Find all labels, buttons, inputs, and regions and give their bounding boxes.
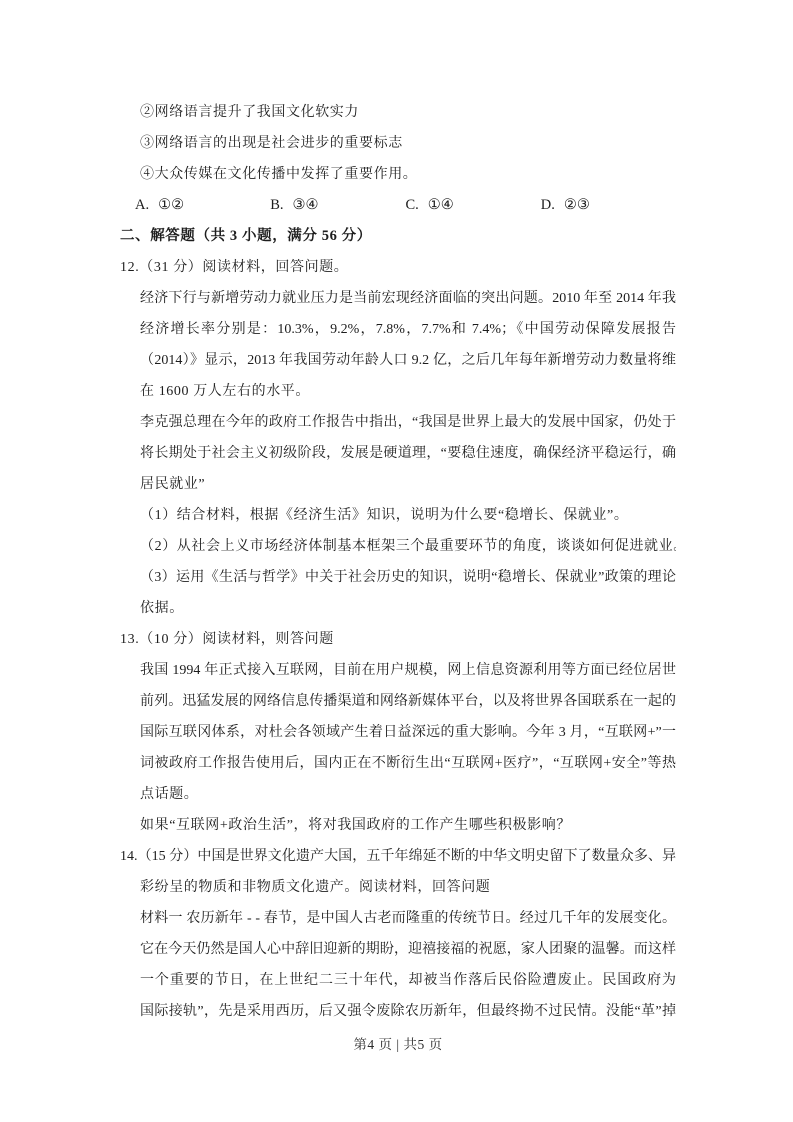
statement-circled-2: ②网络语言提升了我国文化软实力 [140,97,676,128]
text-line: 在 1600 万人左右的水平。 [140,376,676,407]
text-line: 将长期处于社会主义初级阶段，发展是硬道理，“要稳住速度，确保经济平稳运行，确保 [140,438,676,469]
material-1-line: 材料一 农历新年 - - 春节，是中国人古老而隆重的传统节日。经过几千年的发展变… [140,903,676,934]
text-line: （2014）》显示，2013 年我国劳动年龄人口 9.2 亿，之后几年每年新增劳… [140,345,676,376]
text-line: 一个重要的节日，在上世纪二三十年代，却被当作落后民俗险遭废止。民国政府为了“与 [140,965,676,996]
option-c: C. ①④ [406,190,541,221]
text-line: 它在今天仍然是国人心中辞旧迎新的期盼，迎禧接福的祝愿，家人团聚的温馨。而这样 [140,934,676,965]
question-13-sub: 如果“互联网+政治生活”，将对我国政府的工作产生哪些积极影响？ [140,810,676,841]
question-12: 12.（31 分）阅读材料，回答问题。 经济下行与新增劳动力就业压力是当前宏现经… [120,252,676,624]
option-a-value: ①② [158,190,184,221]
question-14: 14.（15 分）中国是世界文化遗产大国，五千年绵延不断的中华文明史留下了数量众… [120,841,676,1027]
page-number-footer: 第4 页 | 共5 页 [120,1033,676,1053]
text-line: 李克强总理在今年的政府工作报告中指出，“我国是世界上最大的发展中国家，仍处于并 [140,407,676,438]
option-d-value: ②③ [564,190,590,221]
text-line: 居民就业” [140,469,676,500]
option-b: B. ③④ [270,190,405,221]
option-c-value: ①④ [428,190,454,221]
question-13: 13.（10 分）阅读材料，则答问题 我国 1994 年正式接入互联网，目前在用… [120,624,676,841]
text-line: 前列。迅猛发展的网络信息传播渠道和网络新媒体平台，以及将世界各国联系在一起的 [140,686,676,717]
question-12-sub-2: （2）从社会上义市场经济体制基本框架三个最重要环节的角度，谈谈如何促进就业。 [140,531,676,562]
question-14-stem: 14.（15 分）中国是世界文化遗产大国，五千年绵延不断的中华文明史留下了数量众… [120,841,676,872]
question-13-stem: 13.（10 分）阅读材料，则答问题 [120,624,676,655]
exam-page: ②网络语言提升了我国文化软实力 ③网络语言的出现是社会进步的重要标志 ④大众传媒… [0,0,793,1122]
option-b-label: B. [270,190,283,221]
option-d-label: D. [541,190,555,221]
text-line: 词被政府工作报告使用后，国内正在不断衍生出“互联网+医疗”，“互联网+安全”等热 [140,748,676,779]
option-d: D. ②③ [541,190,676,221]
question-12-stem: 12.（31 分）阅读材料，回答问题。 [120,252,676,283]
statement-circled-3: ③网络语言的出现是社会进步的重要标志 [140,128,676,159]
text-line: 我国 1994 年正式接入互联网，目前在用户规模，网上信息资源利用等方面已经位居… [140,655,676,686]
text-line: 经济增长率分别是：10.3%，9.2%，7.8%，7.7%和 7.4%；《中国劳… [140,314,676,345]
text-line: 点话题。 [140,779,676,810]
option-a-label: A. [135,190,149,221]
text-line: 国际接轨”，先是采用西历，后又强令废除农历新年，但最终拗不过民情。没能“革”掉 [140,996,676,1027]
text-line: 彩纷呈的物质和非物质文化遗产。阅读材料，回答问题 [140,872,676,903]
question-12-sub-3: （3）运用《生活与哲学》中关于社会历史的知识，说明“稳增长、保就业”政策的理论 [140,562,676,593]
text-line: 国际互联冈体系，对杜会各领域产生着日益深远的重大影响。今年 3 月，“互联网+”… [140,717,676,748]
question-12-sub-1: （1）结合材料，根据《经济生活》知识，说明为什么要“稳增长、保就业”。 [140,500,676,531]
text-line: 依据。 [140,593,676,624]
page-content: ②网络语言提升了我国文化软实力 ③网络语言的出现是社会进步的重要标志 ④大众传媒… [120,97,676,1053]
option-b-value: ③④ [293,190,319,221]
option-c-label: C. [406,190,419,221]
answer-options-row: A. ①② B. ③④ C. ①④ D. ②③ [135,190,676,221]
option-a: A. ①② [135,190,270,221]
text-line: 经济下行与新增劳动力就业压力是当前宏现经济面临的突出问题。2010 年至 201… [140,283,676,314]
statement-circled-4: ④大众传媒在文化传播中发挥了重要作用。 [140,159,676,190]
section-header: 二、解答题（共 3 小题，满分 56 分） [120,221,676,252]
